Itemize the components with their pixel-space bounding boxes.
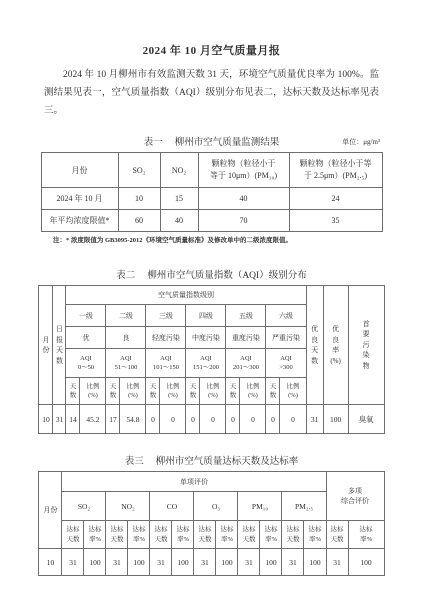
table3-subheader-row: 达标 天数 达标 率% 达标 天数 达标 率% 达标 天数 达标 率% 达标 天… xyxy=(39,521,384,549)
t2-sub-ratio: 比例 (%) xyxy=(80,378,106,405)
t3-data-cell: 31 xyxy=(282,549,304,576)
table1-header-row: 月份 SO₂ NO₂ 颗粒物（粒径小于 等于 10μm）(PM₁₀) 颗粒物（粒… xyxy=(41,153,382,188)
table-row: 10 31 100 31 100 31 100 31 100 31 100 31… xyxy=(39,549,384,576)
t3-sub-days: 达标 天数 xyxy=(238,521,260,549)
t2-col-pollutant: 首 要 污 染 物 xyxy=(348,286,384,405)
t3-sub-days: 达标 天数 xyxy=(62,521,84,549)
t2-data-pollutant: 臭氧 xyxy=(348,405,384,434)
t2-data-good-days: 31 xyxy=(306,405,323,434)
t2-data-good-rate: 100 xyxy=(323,405,348,434)
t2-level-desc: 良 xyxy=(106,327,146,349)
t2-data-cell: 0 xyxy=(266,405,280,434)
t3-data-cell: 100 xyxy=(128,549,150,576)
t2-data-cell: 17 xyxy=(106,405,120,434)
t2-sub-ratio: 比例 (%) xyxy=(160,378,186,405)
t2-col-days: 日 报 天 数 xyxy=(53,286,66,405)
t3-sub-days: 达标 天数 xyxy=(194,521,216,549)
t2-group-header: 空气质量指数级别 xyxy=(66,286,306,305)
table3-header-row: 月份 单项评价 多项 综合评价 xyxy=(39,472,384,492)
t2-aqi-range: AQI 151～200 xyxy=(186,349,226,378)
t3-pollutant: PM₂.₅ xyxy=(282,492,326,521)
table2-aqi-distribution: 月 份 日 报 天 数 空气质量指数级别 优 良 天 数 优 良 率 (%) 首… xyxy=(38,285,384,434)
t2-sub-days: 天 数 xyxy=(226,378,240,405)
intro-paragraph: 2024 年 10 月柳州市有效监测天数 31 天，环境空气质量优良率为 100… xyxy=(44,66,379,120)
t3-sub-days: 达标 天数 xyxy=(326,521,348,549)
t2-col-good-days: 优 良 天 数 xyxy=(306,286,323,405)
t2-level-name: 五级 xyxy=(226,305,266,327)
unit-label: 单位：μg/m³ xyxy=(342,137,380,147)
t3-col-month: 月份 xyxy=(39,472,62,549)
t2-level-name: 三级 xyxy=(146,305,186,327)
document-page: 2024 年 10 月空气质量月报 2024 年 10 月柳州市有效监测天数 3… xyxy=(0,0,423,600)
t3-pollutant: NO₂ xyxy=(106,492,150,521)
t3-sub-rate: 达标 率% xyxy=(260,521,282,549)
t2-data-days: 31 xyxy=(53,405,66,434)
t3-data-month: 10 xyxy=(39,549,62,576)
table1-caption-row: 表一柳州市空气质量监测结果 单位：μg/m³ xyxy=(41,134,382,148)
t2-data-cell: 45.2 xyxy=(80,405,106,434)
t2-sub-days: 天 数 xyxy=(186,378,200,405)
t1-cell-pm25: 35 xyxy=(289,210,382,232)
table1-caption-label: 表一 xyxy=(144,138,163,148)
table3-caption-text: 柳州市空气质量达标天数及达标率 xyxy=(156,457,299,467)
t2-level-name: 二级 xyxy=(106,305,146,327)
t2-col-good-rate: 优 良 率 (%) xyxy=(323,286,348,405)
t2-data-cell: 0 xyxy=(160,405,186,434)
t2-aqi-range: AQI 51～100 xyxy=(106,349,146,378)
t3-data-cell: 100 xyxy=(348,549,384,576)
t3-group-single: 单项评价 xyxy=(62,472,326,492)
t3-pollutant: CO xyxy=(150,492,194,521)
table2-caption-row: 表二柳州市空气质量指数（AQI）级别分布 xyxy=(41,267,382,281)
t3-sub-days: 达标 天数 xyxy=(150,521,172,549)
t1-cell-so2: 60 xyxy=(118,210,160,232)
t1-header-no2: NO₂ xyxy=(160,153,198,188)
t1-cell-so2: 10 xyxy=(118,188,160,210)
t2-data-cell: 0 xyxy=(226,405,240,434)
t3-pollutant: PM₁₀ xyxy=(238,492,282,521)
table3-caption-row: 表三柳州市空气质量达标天数及达标率 xyxy=(41,453,382,467)
table-row: 2024 年 10 月 10 15 40 24 xyxy=(41,188,382,210)
t3-data-cell: 100 xyxy=(84,549,106,576)
t1-cell-pm10: 40 xyxy=(198,188,289,210)
table-row: 年平均浓度限值* 60 40 70 35 xyxy=(41,210,382,232)
t2-sub-ratio: 比例 (%) xyxy=(200,378,226,405)
table1-monitoring-results: 月份 SO₂ NO₂ 颗粒物（粒径小于 等于 10μm）(PM₁₀) 颗粒物（粒… xyxy=(41,152,383,232)
t2-sub-ratio: 比例 (%) xyxy=(120,378,146,405)
t1-header-month: 月份 xyxy=(41,153,118,188)
t1-cell-pm10: 70 xyxy=(198,210,289,232)
table3-caption-label: 表三 xyxy=(125,457,144,467)
t3-data-cell: 100 xyxy=(216,549,238,576)
t2-level-name: 四级 xyxy=(186,305,226,327)
t3-sub-rate: 达标 率% xyxy=(216,521,238,549)
table1-caption-text: 柳州市空气质量监测结果 xyxy=(175,138,280,148)
t2-sub-days: 天 数 xyxy=(66,378,80,405)
t2-level-name: 一级 xyxy=(66,305,106,327)
t3-data-cell: 31 xyxy=(62,549,84,576)
t2-sub-ratio: 比例 (%) xyxy=(240,378,266,405)
table2-caption-label: 表二 xyxy=(116,271,135,281)
t2-data-month: 10 xyxy=(39,405,53,434)
t1-cell-no2: 40 xyxy=(160,210,198,232)
t3-sub-rate: 达标 率% xyxy=(84,521,106,549)
t2-level-desc: 优 xyxy=(66,327,106,349)
t3-data-cell: 31 xyxy=(238,549,260,576)
t3-group-multi: 多项 综合评价 xyxy=(326,472,384,521)
t2-level-name: 六级 xyxy=(266,305,306,327)
t1-header-pm25: 颗粒物（粒径小于等 于 2.5μm）(PM₂.₅) xyxy=(289,153,382,188)
table2-header-row: 月 份 日 报 天 数 空气质量指数级别 优 良 天 数 优 良 率 (%) 首… xyxy=(39,286,384,305)
t2-aqi-range: AQI 201～300 xyxy=(226,349,266,378)
t1-cell-no2: 15 xyxy=(160,188,198,210)
t2-data-cell: 54.8 xyxy=(120,405,146,434)
t3-sub-rate: 达标 率% xyxy=(128,521,150,549)
t3-data-cell: 31 xyxy=(194,549,216,576)
t3-sub-rate: 达标 率% xyxy=(304,521,326,549)
t2-sub-days: 天 数 xyxy=(106,378,120,405)
doc-title: 2024 年 10 月空气质量月报 xyxy=(0,0,423,58)
t3-data-cell: 100 xyxy=(172,549,194,576)
t2-data-cell: 0 xyxy=(186,405,200,434)
t2-col-month: 月 份 xyxy=(39,286,53,405)
t3-data-cell: 31 xyxy=(326,549,348,576)
t2-aqi-range: AQI 101～150 xyxy=(146,349,186,378)
t1-row-label: 2024 年 10 月 xyxy=(41,188,118,210)
t3-sub-rate: 达标 率% xyxy=(348,521,384,549)
t3-data-cell: 100 xyxy=(304,549,326,576)
t3-sub-days: 达标 天数 xyxy=(282,521,304,549)
t2-level-desc: 严重污染 xyxy=(266,327,306,349)
t2-level-desc: 轻度污染 xyxy=(146,327,186,349)
t3-data-cell: 31 xyxy=(106,549,128,576)
t2-data-cell: 14 xyxy=(66,405,80,434)
t1-row-label: 年平均浓度限值* xyxy=(41,210,118,232)
t3-sub-days: 达标 天数 xyxy=(106,521,128,549)
t2-level-desc: 中度污染 xyxy=(186,327,226,349)
t3-sub-rate: 达标 率% xyxy=(172,521,194,549)
t2-sub-days: 天 数 xyxy=(266,378,280,405)
t1-cell-pm25: 24 xyxy=(289,188,382,210)
t2-data-cell: 0 xyxy=(146,405,160,434)
t2-aqi-range: AQI 0～50 xyxy=(66,349,106,378)
t3-pollutant: SO₂ xyxy=(62,492,106,521)
t3-pollutant: O₃ xyxy=(194,492,238,521)
t2-data-cell: 0 xyxy=(280,405,306,434)
t2-level-desc: 重度污染 xyxy=(226,327,266,349)
t2-sub-days: 天 数 xyxy=(146,378,160,405)
table2-caption-text: 柳州市空气质量指数（AQI）级别分布 xyxy=(147,271,306,281)
t2-data-cell: 0 xyxy=(240,405,266,434)
table-row: 10 31 14 45.2 17 54.8 0 0 0 0 0 0 0 0 31… xyxy=(39,405,384,434)
table1-footnote: 注：* 浓度限值为 GB3095-2012《环境空气质量标准》及修改单中的二级浓… xyxy=(41,235,382,244)
table3-attainment: 月份 单项评价 多项 综合评价 SO₂ NO₂ CO O₃ PM₁₀ PM₂.₅… xyxy=(38,471,384,576)
t1-header-pm10: 颗粒物（粒径小于 等于 10μm）(PM₁₀) xyxy=(198,153,289,188)
t2-aqi-range: AQI >300 xyxy=(266,349,306,378)
t2-data-cell: 0 xyxy=(200,405,226,434)
t2-sub-ratio: 比例 (%) xyxy=(280,378,306,405)
t3-data-cell: 100 xyxy=(260,549,282,576)
t1-header-so2: SO₂ xyxy=(118,153,160,188)
t3-data-cell: 31 xyxy=(150,549,172,576)
